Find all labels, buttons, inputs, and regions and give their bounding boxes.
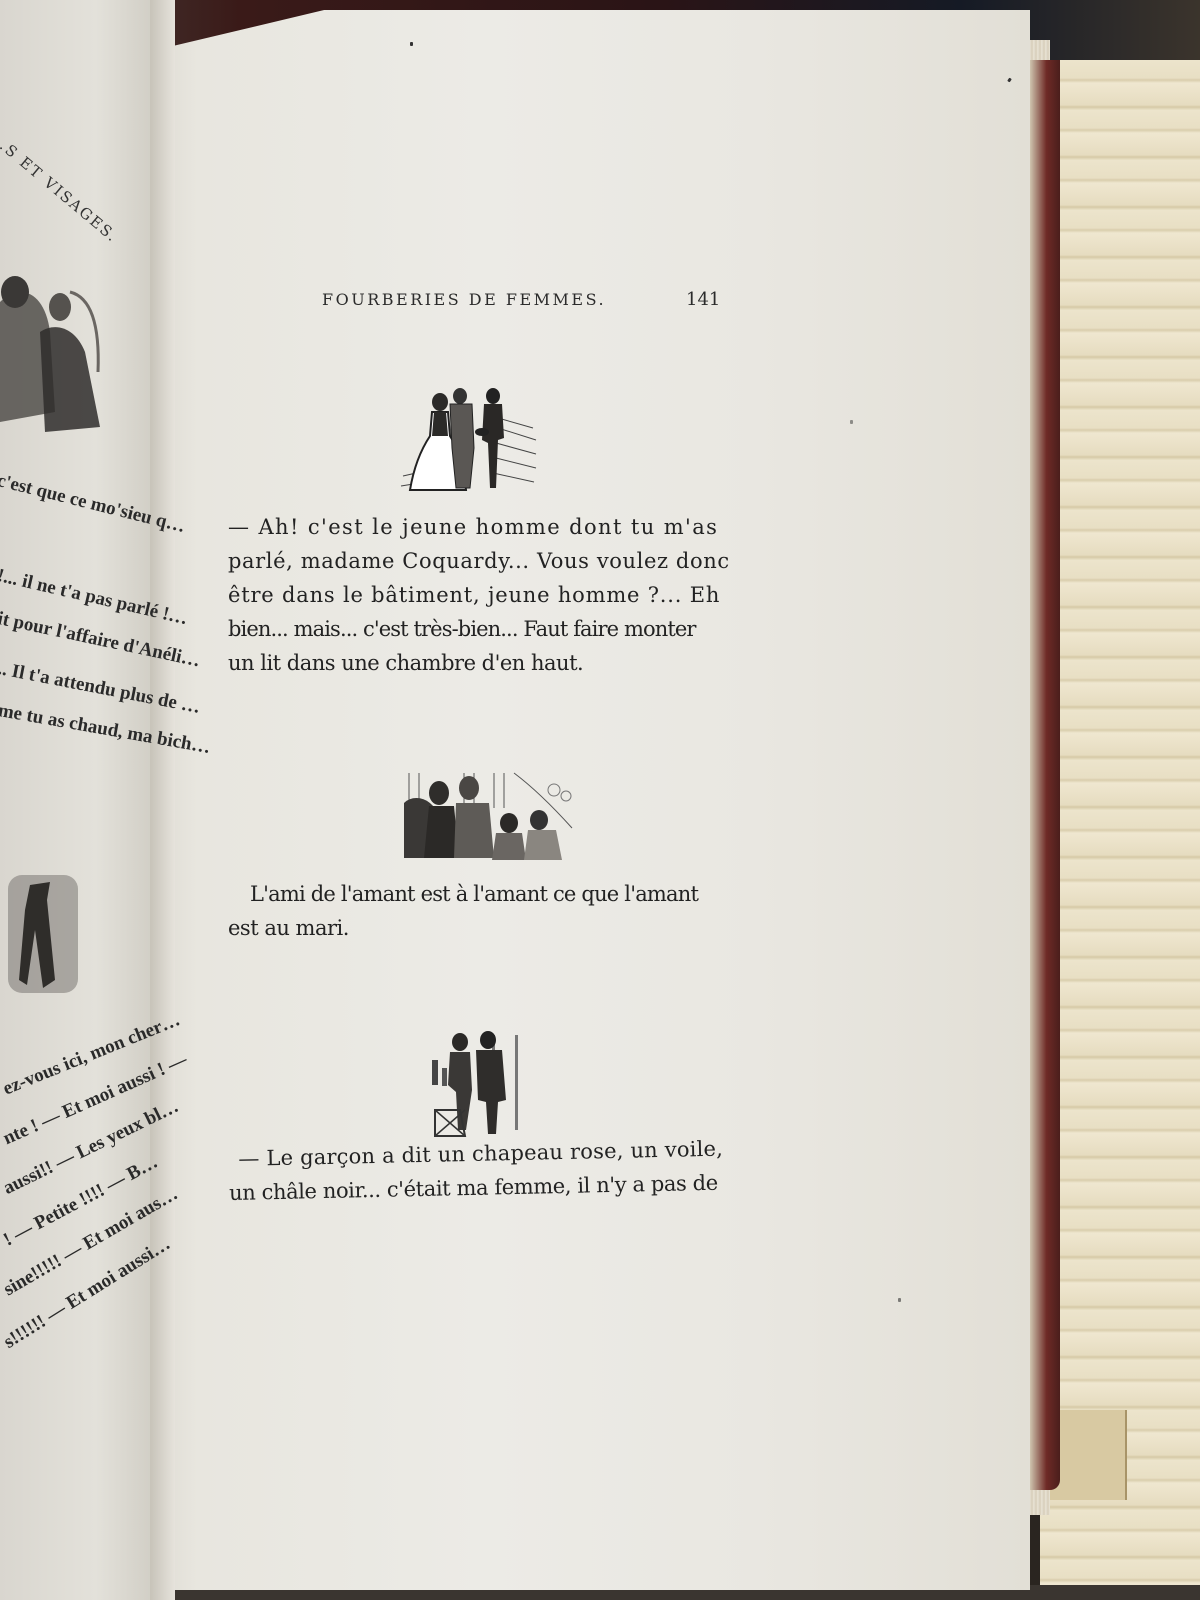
running-head: FOURBERIES DE FEMMES. bbox=[322, 290, 606, 309]
paragraph-dialogue-1: — Ah! c'est le jeune homme dont tu m'as … bbox=[228, 510, 723, 680]
left-page bbox=[0, 0, 160, 1600]
illustration-two-men-bar bbox=[430, 1030, 530, 1140]
text-line: parlé, madame Coquardy... Vous voulez do… bbox=[228, 544, 723, 578]
page-number: 141 bbox=[686, 289, 720, 310]
text-line: être dans le bâtiment, jeune homme ?... … bbox=[228, 578, 723, 612]
paper-speck bbox=[850, 420, 853, 424]
text-line: un lit dans une chambre d'en haut. bbox=[228, 646, 723, 680]
right-page bbox=[125, 10, 1030, 1590]
text-line: bien... mais... c'est très-bien... Faut … bbox=[228, 612, 723, 646]
illustration-three-figures bbox=[398, 388, 538, 500]
book-cover-edge bbox=[1030, 60, 1060, 1490]
paragraph-dialogue-2: — Le garçon a dit un chapeau rose, un vo… bbox=[228, 1132, 724, 1210]
left-illustration-figure bbox=[5, 870, 80, 995]
left-gutter bbox=[150, 0, 175, 1600]
paper-speck bbox=[898, 1298, 901, 1302]
text-line: — Ah! c'est le jeune homme dont tu m'as bbox=[228, 510, 723, 544]
paper-speck bbox=[410, 42, 413, 46]
illustration-theater-box bbox=[394, 768, 574, 863]
paragraph-maxim: L'ami de l'amant est à l'amant ce que l'… bbox=[228, 877, 723, 945]
text-line: L'ami de l'amant est à l'amant ce que l'… bbox=[228, 877, 723, 911]
left-illustration-couple bbox=[0, 262, 105, 437]
wooden-table-surface bbox=[1040, 60, 1200, 1600]
text-line: est au mari. bbox=[228, 911, 723, 945]
